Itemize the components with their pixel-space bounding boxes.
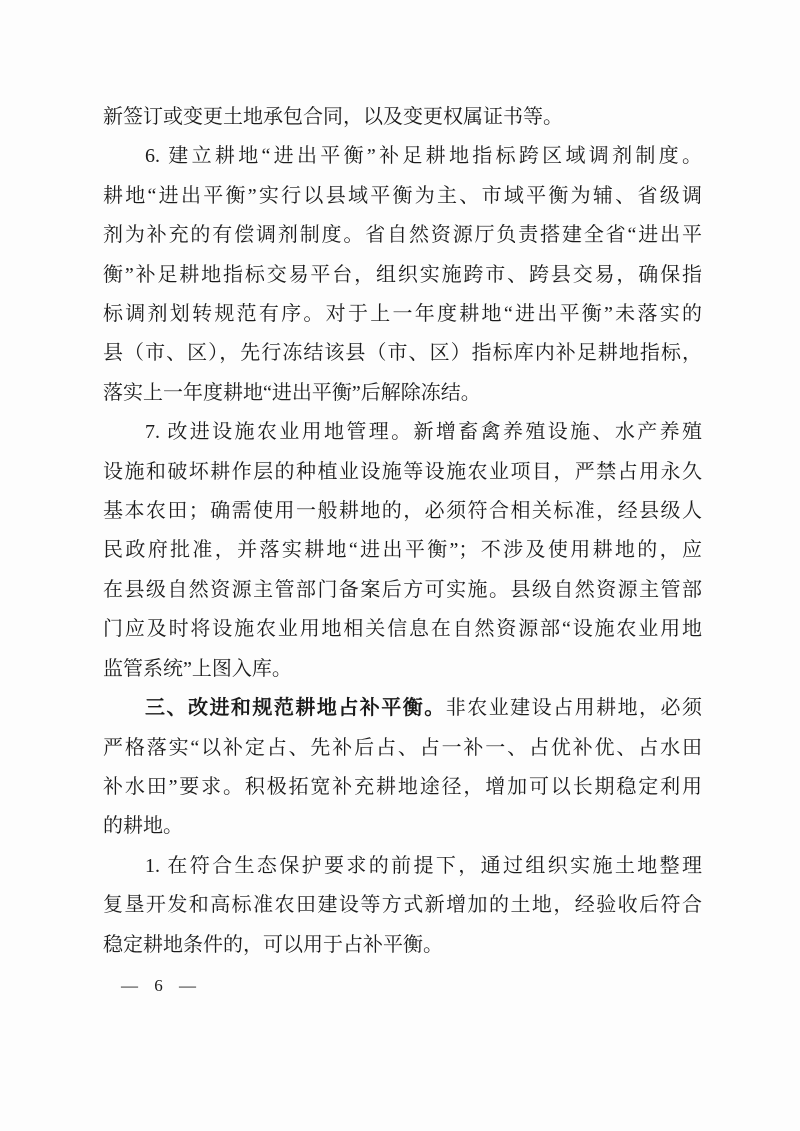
paragraph: 7. 改进设施农业用地管理。新增畜禽养殖设施、水产养殖设施和破坏耕作层的种植业设… (103, 413, 702, 689)
text-line: 新签订或变更土地承包合同，以及变更权属证书等。 (103, 98, 702, 137)
text-segment: 衡”补足耕地指标交易平台，组织实施跨市、跨县交易，确保指 (103, 264, 702, 286)
text-line: 复垦开发和高标准农田建设等方式新增加的土地，经验收后符合 (103, 886, 702, 925)
text-line: 稳定耕地条件的，可以用于占补平衡。 (103, 926, 702, 965)
text-line: 设施和破坏耕作层的种植业设施等设施农业项目，严禁占用永久 (103, 453, 702, 492)
text-segment: 民政府批准，并落实耕地“进出平衡”；不涉及使用耕地的，应 (103, 539, 702, 561)
text-line: 耕地“进出平衡”实行以县域平衡为主、市域平衡为辅、省级调 (103, 177, 702, 216)
document-page: 新签订或变更土地承包合同，以及变更权属证书等。6. 建立耕地“进出平衡”补足耕地… (0, 0, 800, 1131)
paragraph: 6. 建立耕地“进出平衡”补足耕地指标跨区域调剂制度。耕地“进出平衡”实行以县域… (103, 137, 702, 413)
footer: — 6 — (121, 974, 198, 998)
text-line: 补水田”要求。积极拓宽补充耕地途径，增加可以长期稳定利用 (103, 768, 702, 807)
text-segment: 的耕地。 (103, 815, 183, 837)
section-heading: 三、改进和规范耕地占补平衡。 (145, 697, 446, 719)
text-segment: 补水田”要求。积极拓宽补充耕地途径，增加可以长期稳定利用 (103, 776, 702, 798)
text-segment: 稳定耕地条件的，可以用于占补平衡。 (103, 934, 443, 956)
text-line: 严格落实“以补定占、先补后占、占一补一、占优补优、占水田 (103, 729, 702, 768)
text-line: 剂为补充的有偿调剂制度。省自然资源厅负责搭建全省“进出平 (103, 216, 702, 255)
text-segment: 复垦开发和高标准农田建设等方式新增加的土地，经验收后符合 (103, 894, 702, 916)
text-line: 基本农田；确需使用一般耕地的，必须符合相关标准，经县级人 (103, 492, 702, 531)
text-segment: 1. 在符合生态保护要求的前提下，通过组织实施土地整理 (145, 855, 702, 877)
text-segment: 设施和破坏耕作层的种植业设施等设施农业项目，严禁占用永久 (103, 461, 702, 483)
text-line: 1. 在符合生态保护要求的前提下，通过组织实施土地整理 (103, 847, 702, 886)
paragraph: 1. 在符合生态保护要求的前提下，通过组织实施土地整理复垦开发和高标准农田建设等… (103, 847, 702, 965)
text-line: 的耕地。 (103, 807, 702, 846)
text-line: 门应及时将设施农业用地相关信息在自然资源部“设施农业用地 (103, 610, 702, 649)
text-segment: 标调剂划转规范有序。对于上一年度耕地“进出平衡”未落实的 (103, 303, 702, 325)
text-segment: 新签订或变更土地承包合同，以及变更权属证书等。 (103, 106, 563, 128)
text-line: 衡”补足耕地指标交易平台，组织实施跨市、跨县交易，确保指 (103, 256, 702, 295)
text-line: 三、改进和规范耕地占补平衡。非农业建设占用耕地，必须 (103, 689, 702, 728)
text-segment: 非农业建设占用耕地，必须 (446, 697, 702, 719)
page-number: — 6 — (121, 976, 198, 995)
text-line: 监管系统”上图入库。 (103, 650, 702, 689)
document-body: 新签订或变更土地承包合同，以及变更权属证书等。6. 建立耕地“进出平衡”补足耕地… (103, 98, 702, 965)
text-segment: 6. 建立耕地“进出平衡”补足耕地指标跨区域调剂制度。 (145, 145, 702, 167)
text-line: 落实上一年度耕地“进出平衡”后解除冻结。 (103, 374, 702, 413)
paragraph: 新签订或变更土地承包合同，以及变更权属证书等。 (103, 98, 702, 137)
text-segment: 县（市、区），先行冻结该县（市、区）指标库内补足耕地指标， (103, 342, 702, 364)
text-segment: 7. 改进设施农业用地管理。新增畜禽养殖设施、水产养殖 (145, 421, 702, 443)
text-segment: 在县级自然资源主管部门备案后方可实施。县级自然资源主管部 (103, 579, 702, 601)
text-line: 在县级自然资源主管部门备案后方可实施。县级自然资源主管部 (103, 571, 702, 610)
text-line: 县（市、区），先行冻结该县（市、区）指标库内补足耕地指标， (103, 334, 702, 373)
text-segment: 落实上一年度耕地“进出平衡”后解除冻结。 (103, 382, 481, 404)
text-segment: 基本农田；确需使用一般耕地的，必须符合相关标准，经县级人 (103, 500, 702, 522)
text-segment: 剂为补充的有偿调剂制度。省自然资源厅负责搭建全省“进出平 (103, 224, 702, 246)
text-line: 民政府批准，并落实耕地“进出平衡”；不涉及使用耕地的，应 (103, 531, 702, 570)
text-line: 6. 建立耕地“进出平衡”补足耕地指标跨区域调剂制度。 (103, 137, 702, 176)
text-segment: 严格落实“以补定占、先补后占、占一补一、占优补优、占水田 (103, 737, 702, 759)
paragraph: 三、改进和规范耕地占补平衡。非农业建设占用耕地，必须严格落实“以补定占、先补后占… (103, 689, 702, 847)
text-segment: 监管系统”上图入库。 (103, 658, 292, 680)
text-line: 标调剂划转规范有序。对于上一年度耕地“进出平衡”未落实的 (103, 295, 702, 334)
text-segment: 耕地“进出平衡”实行以县域平衡为主、市域平衡为辅、省级调 (103, 185, 702, 207)
text-line: 7. 改进设施农业用地管理。新增畜禽养殖设施、水产养殖 (103, 413, 702, 452)
text-segment: 门应及时将设施农业用地相关信息在自然资源部“设施农业用地 (103, 618, 702, 640)
